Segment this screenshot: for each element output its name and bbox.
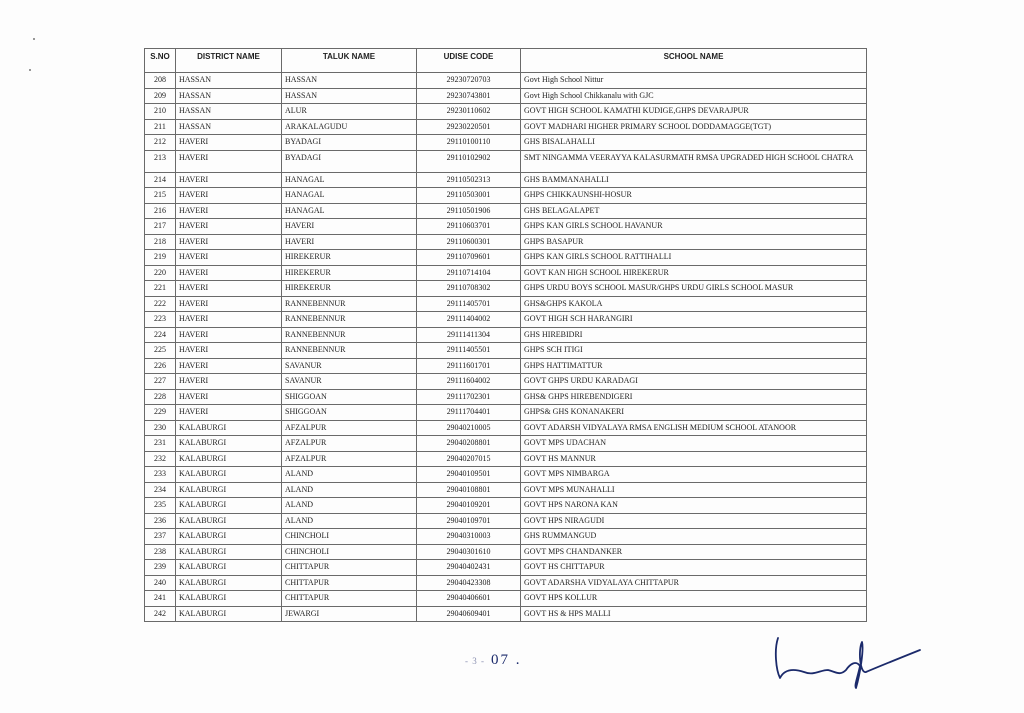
cell-udise: 29110501906 [417,203,521,219]
cell-udise: 29110709601 [417,250,521,266]
cell-sno: 221 [145,281,176,297]
table-row: 211HASSANARAKALAGUDU29230220501GOVT MADH… [145,119,867,135]
cell-district: KALABURGI [176,560,282,576]
cell-sno: 208 [145,73,176,89]
cell-taluk: HASSAN [282,73,417,89]
cell-school-name: GOVT HS CHITTAPUR [521,560,867,576]
table-row: 220HAVERIHIREKERUR29110714104GOVT KAN HI… [145,265,867,281]
cell-sno: 229 [145,405,176,421]
table-row: 221HAVERIHIREKERUR29110708302GHPS URDU B… [145,281,867,297]
cell-udise: 29110503001 [417,188,521,204]
cell-taluk: SAVANUR [282,358,417,374]
cell-taluk: CHITTAPUR [282,591,417,607]
cell-school-name: Govt High School Chikkanalu with GJC [521,88,867,104]
cell-district: HAVERI [176,234,282,250]
cell-district: HAVERI [176,343,282,359]
table-row: 238KALABURGICHINCHOLI29040301610GOVT MPS… [145,544,867,560]
table-row: 216HAVERIHANAGAL29110501906GHS BELAGALAP… [145,203,867,219]
table-row: 237KALABURGICHINCHOLI29040310003GHS RUMM… [145,529,867,545]
cell-udise: 29040109701 [417,513,521,529]
table-row: 227HAVERISAVANUR29111604002GOVT GHPS URD… [145,374,867,390]
cell-district: KALABURGI [176,467,282,483]
table-row: 218HAVERIHAVERI29110600301GHPS BASAPUR [145,234,867,250]
cell-taluk: HIREKERUR [282,250,417,266]
cell-school-name: GHS BAMMANAHALLI [521,172,867,188]
cell-district: HASSAN [176,119,282,135]
header-udise: UDISE CODE [417,49,521,73]
cell-school-name: GOVT MADHARI HIGHER PRIMARY SCHOOL DODDA… [521,119,867,135]
table-row: 242KALABURGIJEWARGI29040609401GOVT HS & … [145,606,867,622]
table-row: 223HAVERIRANNEBENNUR29111404002GOVT HIGH… [145,312,867,328]
cell-udise: 29040609401 [417,606,521,622]
cell-school-name: GOVT GHPS URDU KARADAGI [521,374,867,390]
cell-taluk: RANNEBENNUR [282,312,417,328]
cell-udise: 29040108801 [417,482,521,498]
cell-taluk: HIREKERUR [282,281,417,297]
cell-district: HAVERI [176,265,282,281]
cell-school-name: GHPS& GHS KONANAKERI [521,405,867,421]
cell-school-name: GOVT HS MANNUR [521,451,867,467]
cell-school-name: GHS BELAGALAPET [521,203,867,219]
cell-district: KALABURGI [176,544,282,560]
cell-school-name: GHPS HATTIMATTUR [521,358,867,374]
cell-school-name: GHS& GHPS HIREBENDIGERI [521,389,867,405]
cell-sno: 213 [145,150,176,172]
cell-sno: 227 [145,374,176,390]
table-header-row: S.NO DISTRICT NAME TALUK NAME UDISE CODE… [145,49,867,73]
cell-district: HAVERI [176,188,282,204]
cell-district: HAVERI [176,327,282,343]
scan-speck [29,69,31,71]
cell-sno: 235 [145,498,176,514]
cell-school-name: GOVT HIGH SCH HARANGIRI [521,312,867,328]
cell-sno: 238 [145,544,176,560]
cell-udise: 29110102902 [417,150,521,172]
table-row: 231KALABURGIAFZALPUR29040208801GOVT MPS … [145,436,867,452]
cell-district: HAVERI [176,312,282,328]
cell-school-name: GHPS KAN GIRLS SCHOOL RATTIHALLI [521,250,867,266]
cell-taluk: HANAGAL [282,188,417,204]
cell-udise: 29040210005 [417,420,521,436]
table-row: 210HASSANALUR29230110602GOVT HIGH SCHOOL… [145,104,867,120]
cell-taluk: CHINCHOLI [282,544,417,560]
table-row: 228HAVERISHIGGOAN29111702301GHS& GHPS HI… [145,389,867,405]
cell-sno: 218 [145,234,176,250]
cell-district: KALABURGI [176,606,282,622]
cell-udise: 29230720703 [417,73,521,89]
cell-district: KALABURGI [176,529,282,545]
cell-school-name: GOVT HPS NARONA KAN [521,498,867,514]
cell-district: KALABURGI [176,436,282,452]
table-row: 225HAVERIRANNEBENNUR29111405501GHPS SCH … [145,343,867,359]
cell-district: HASSAN [176,104,282,120]
cell-school-name: GOVT MPS NIMBARGA [521,467,867,483]
table-row: 209HASSANHASSAN29230743801Govt High Scho… [145,88,867,104]
cell-taluk: AFZALPUR [282,436,417,452]
cell-taluk: AFZALPUR [282,420,417,436]
table-row: 212HAVERIBYADAGI29110100110GHS BISALAHAL… [145,135,867,151]
cell-school-name: GHS&GHPS KAKOLA [521,296,867,312]
cell-sno: 242 [145,606,176,622]
cell-sno: 222 [145,296,176,312]
page-number-prefix: - 3 - [465,656,485,666]
cell-sno: 231 [145,436,176,452]
table-row: 215HAVERIHANAGAL29110503001GHPS CHIKKAUN… [145,188,867,204]
cell-district: HAVERI [176,135,282,151]
cell-sno: 225 [145,343,176,359]
cell-taluk: ALUR [282,104,417,120]
cell-sno: 228 [145,389,176,405]
cell-taluk: HIREKERUR [282,265,417,281]
cell-district: KALABURGI [176,451,282,467]
cell-district: KALABURGI [176,513,282,529]
cell-school-name: GOVT HPS KOLLUR [521,591,867,607]
cell-udise: 29040207015 [417,451,521,467]
cell-school-name: GHPS BASAPUR [521,234,867,250]
cell-taluk: RANNEBENNUR [282,327,417,343]
header-district: DISTRICT NAME [176,49,282,73]
cell-sno: 236 [145,513,176,529]
cell-udise: 29040402431 [417,560,521,576]
table-row: 233KALABURGIALAND29040109501GOVT MPS NIM… [145,467,867,483]
scan-speck [33,38,35,40]
cell-taluk: BYADAGI [282,150,417,172]
cell-district: KALABURGI [176,575,282,591]
cell-taluk: CHITTAPUR [282,560,417,576]
cell-taluk: CHITTAPUR [282,575,417,591]
cell-sno: 237 [145,529,176,545]
cell-district: KALABURGI [176,420,282,436]
cell-district: HASSAN [176,88,282,104]
cell-school-name: GHPS URDU BOYS SCHOOL MASUR/GHPS URDU GI… [521,281,867,297]
cell-taluk: BYADAGI [282,135,417,151]
cell-taluk: ALAND [282,513,417,529]
header-school: SCHOOL NAME [521,49,867,73]
table-row: 239KALABURGICHITTAPUR29040402431GOVT HS … [145,560,867,576]
table-row: 241KALABURGICHITTAPUR29040406601GOVT HPS… [145,591,867,607]
cell-taluk: ALAND [282,467,417,483]
table-row: 240KALABURGICHITTAPUR29040423308GOVT ADA… [145,575,867,591]
cell-udise: 29040310003 [417,529,521,545]
cell-district: HAVERI [176,150,282,172]
cell-taluk: JEWARGI [282,606,417,622]
cell-district: HAVERI [176,203,282,219]
cell-udise: 29230220501 [417,119,521,135]
cell-sno: 209 [145,88,176,104]
cell-taluk: AFZALPUR [282,451,417,467]
signature-icon [770,630,930,690]
cell-udise: 29040109501 [417,467,521,483]
cell-sno: 241 [145,591,176,607]
table-row: 230KALABURGIAFZALPUR29040210005GOVT ADAR… [145,420,867,436]
cell-udise: 29040109201 [417,498,521,514]
cell-udise: 29040208801 [417,436,521,452]
cell-school-name: GHPS SCH ITIGI [521,343,867,359]
cell-taluk: HAVERI [282,234,417,250]
cell-sno: 223 [145,312,176,328]
cell-udise: 29111411304 [417,327,521,343]
cell-taluk: HANAGAL [282,203,417,219]
cell-district: HAVERI [176,296,282,312]
cell-udise: 29111601701 [417,358,521,374]
cell-school-name: GOVT MPS UDACHAN [521,436,867,452]
cell-taluk: ARAKALAGUDU [282,119,417,135]
cell-school-name: GOVT MPS CHANDANKER [521,544,867,560]
cell-udise: 29111405501 [417,343,521,359]
cell-school-name: GHS BISALAHALLI [521,135,867,151]
cell-sno: 210 [145,104,176,120]
cell-school-name: SMT NINGAMMA VEERAYYA KALASURMATH RMSA U… [521,150,867,172]
cell-school-name: GOVT KAN HIGH SCHOOL HIREKERUR [521,265,867,281]
cell-udise: 29040301610 [417,544,521,560]
cell-sno: 215 [145,188,176,204]
cell-taluk: SHIGGOAN [282,389,417,405]
table-row: 219HAVERIHIREKERUR29110709601GHPS KAN GI… [145,250,867,266]
cell-sno: 212 [145,135,176,151]
cell-udise: 29110100110 [417,135,521,151]
header-taluk: TALUK NAME [282,49,417,73]
table-row: 208HASSANHASSAN29230720703Govt High Scho… [145,73,867,89]
cell-udise: 29111604002 [417,374,521,390]
page-number: - 3 -07 . [465,652,522,669]
table-row: 217HAVERIHAVERI29110603701GHPS KAN GIRLS… [145,219,867,235]
cell-udise: 29110603701 [417,219,521,235]
cell-taluk: CHINCHOLI [282,529,417,545]
cell-sno: 224 [145,327,176,343]
cell-udise: 29110502313 [417,172,521,188]
cell-udise: 29111405701 [417,296,521,312]
cell-district: HAVERI [176,374,282,390]
cell-school-name: GOVT HIGH SCHOOL KAMATHI KUDIGE,GHPS DEV… [521,104,867,120]
table-row: 222HAVERIRANNEBENNUR29111405701GHS&GHPS … [145,296,867,312]
cell-sno: 233 [145,467,176,483]
table-row: 214HAVERIHANAGAL29110502313GHS BAMMANAHA… [145,172,867,188]
cell-udise: 29111404002 [417,312,521,328]
table-row: 235KALABURGIALAND29040109201GOVT HPS NAR… [145,498,867,514]
cell-taluk: ALAND [282,498,417,514]
cell-taluk: HANAGAL [282,172,417,188]
table-body: 208HASSANHASSAN29230720703Govt High Scho… [145,73,867,622]
cell-udise: 29040423308 [417,575,521,591]
cell-district: KALABURGI [176,591,282,607]
table-row: 229HAVERISHIGGOAN29111704401GHPS& GHS KO… [145,405,867,421]
school-list-table: S.NO DISTRICT NAME TALUK NAME UDISE CODE… [144,48,867,622]
cell-sno: 216 [145,203,176,219]
cell-district: KALABURGI [176,482,282,498]
cell-taluk: ALAND [282,482,417,498]
cell-taluk: HAVERI [282,219,417,235]
cell-district: HAVERI [176,405,282,421]
cell-udise: 29230110602 [417,104,521,120]
table-row: 236KALABURGIALAND29040109701GOVT HPS NIR… [145,513,867,529]
cell-taluk: SHIGGOAN [282,405,417,421]
page-number-value: 07 . [491,652,522,668]
cell-udise: 29111702301 [417,389,521,405]
cell-school-name: GOVT ADARSH VIDYALAYA RMSA ENGLISH MEDIU… [521,420,867,436]
cell-sno: 234 [145,482,176,498]
cell-udise: 29110600301 [417,234,521,250]
cell-udise: 29110714104 [417,265,521,281]
cell-district: HAVERI [176,219,282,235]
cell-school-name: GHPS KAN GIRLS SCHOOL HAVANUR [521,219,867,235]
cell-sno: 214 [145,172,176,188]
cell-sno: 220 [145,265,176,281]
cell-sno: 240 [145,575,176,591]
cell-taluk: SAVANUR [282,374,417,390]
table-row: 213HAVERIBYADAGI29110102902SMT NINGAMMA … [145,150,867,172]
cell-school-name: GOVT HS & HPS MALLI [521,606,867,622]
cell-udise: 29230743801 [417,88,521,104]
cell-sno: 230 [145,420,176,436]
document-page: S.NO DISTRICT NAME TALUK NAME UDISE CODE… [0,0,1024,713]
cell-school-name: GHS HIREBIDRI [521,327,867,343]
cell-taluk: HASSAN [282,88,417,104]
table-row: 224HAVERIRANNEBENNUR29111411304GHS HIREB… [145,327,867,343]
cell-taluk: RANNEBENNUR [282,343,417,359]
cell-district: HASSAN [176,73,282,89]
cell-sno: 219 [145,250,176,266]
cell-school-name: GOVT ADARSHA VIDYALAYA CHITTAPUR [521,575,867,591]
cell-udise: 29110708302 [417,281,521,297]
table-row: 234KALABURGIALAND29040108801GOVT MPS MUN… [145,482,867,498]
cell-udise: 29040406601 [417,591,521,607]
cell-school-name: GHS RUMMANGUD [521,529,867,545]
cell-school-name: GOVT MPS MUNAHALLI [521,482,867,498]
cell-district: HAVERI [176,358,282,374]
cell-udise: 29111704401 [417,405,521,421]
cell-school-name: GHPS CHIKKAUNSHI-HOSUR [521,188,867,204]
cell-school-name: GOVT HPS NIRAGUDI [521,513,867,529]
cell-district: HAVERI [176,250,282,266]
cell-school-name: Govt High School Nittur [521,73,867,89]
cell-district: HAVERI [176,281,282,297]
cell-taluk: RANNEBENNUR [282,296,417,312]
table-row: 226HAVERISAVANUR29111601701GHPS HATTIMAT… [145,358,867,374]
cell-sno: 232 [145,451,176,467]
cell-district: HAVERI [176,172,282,188]
table-row: 232KALABURGIAFZALPUR29040207015GOVT HS M… [145,451,867,467]
cell-district: KALABURGI [176,498,282,514]
cell-sno: 239 [145,560,176,576]
cell-sno: 226 [145,358,176,374]
cell-district: HAVERI [176,389,282,405]
header-sno: S.NO [145,49,176,73]
cell-sno: 217 [145,219,176,235]
cell-sno: 211 [145,119,176,135]
